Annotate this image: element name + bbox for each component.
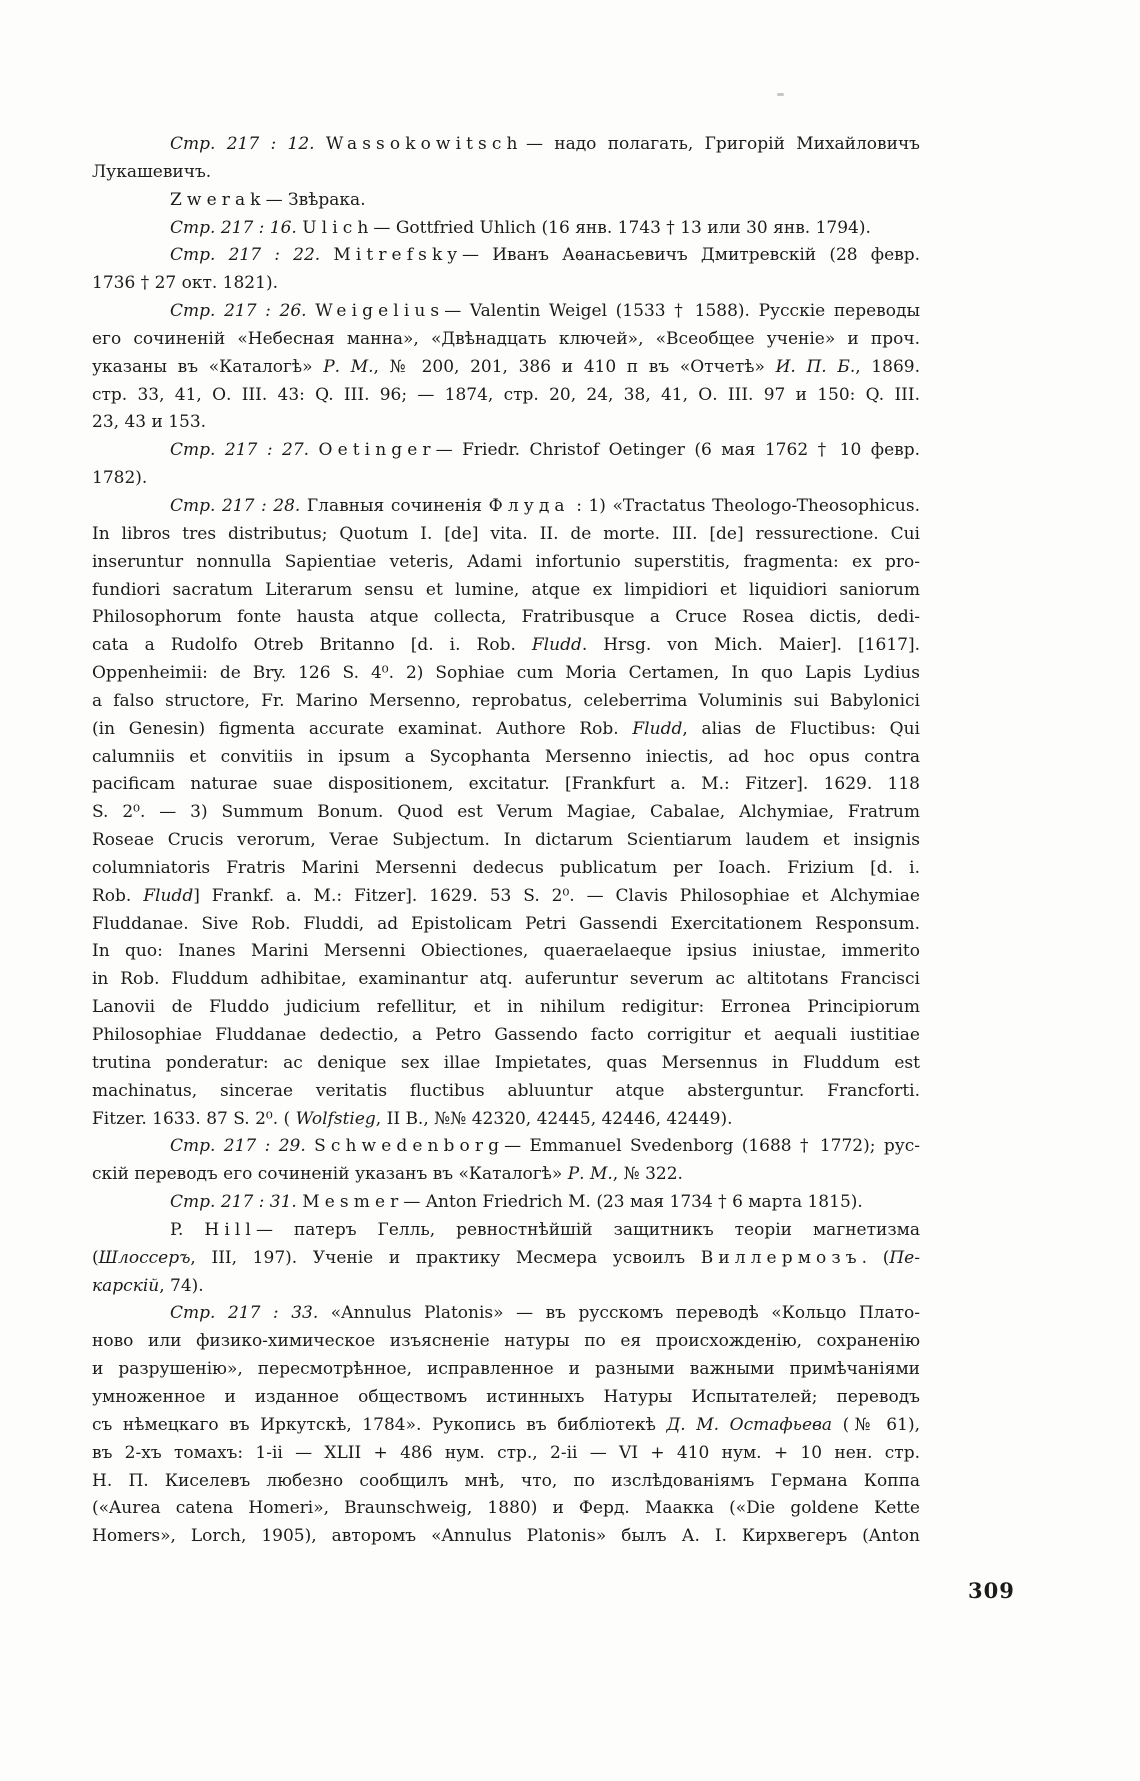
text-line: Стр. 217 : 22. Mitrefsky— Иванъ Аѳанасье… [92,242,920,270]
book-page: Стр. 217 : 12. Wassokowitsch — надо пола… [0,0,1140,1781]
italic-text: Стр. 217 : 27. [170,440,319,460]
text-segment: , № 200, 201, 386 и 410 п въ «Отчетѣ» [374,357,776,377]
italic-text: Fludd [143,886,193,906]
text-segment: Roseae Crucis verorum, Verae Subjectum. … [92,830,920,850]
page-number: 309 [968,1578,1015,1603]
text-line: ново или физико-химическое изъясненіе на… [92,1328,920,1356]
text-segment: — патеръ Гелль, ревностнѣйшій защитникъ … [256,1220,920,1240]
text-segment: — Gottfried Uhlich (16 янв. 1743 † 13 ил… [373,218,870,238]
text-segment: Н. П. Киселевъ любезно сообщилъ мнѣ, что… [92,1471,920,1491]
text-line: Стр. 217 : 31. Mesmer— Anton Friedrich M… [92,1189,920,1217]
text-line: стр. 33, 41, О. III. 43: Q. III. 96; — 1… [92,382,920,410]
text-segment: . Hrsg. von Mich. Maier]. [1617]. [582,635,920,655]
text-line: (in Genesin) figmenta accurate examinat.… [92,716,920,744]
text-segment: — Valentin Weigel (1533 † 1588). Русскіе… [444,301,920,321]
text-segment: , III, 197). Ученіе и практику Месмера у… [190,1248,700,1268]
italic-text: Fludd [632,719,682,739]
italic-text: Стр. 217 : 16. [170,218,302,238]
text-segment: Fitzer. 1633. 87 S. 2⁰. ( [92,1109,296,1129]
text-line: 1782). [92,465,920,493]
text-segment: fundiori sacratum Literarum sensu et lum… [92,580,920,600]
italic-text: Fludd [532,635,582,655]
spaced-name: Mitrefsky [333,245,462,265]
text-segment: — Anton Friedrich M. (23 мая 1734 † 6 ма… [403,1192,862,1212]
text-line: Oppenheimii: de Bry. 126 S. 4⁰. 2) Sophi… [92,660,920,688]
text-segment: inseruntur nonnulla Sapientiae veteris, … [92,552,920,572]
scan-artifact [777,93,784,96]
text-segment: ново или физико-химическое изъясненіе на… [92,1331,920,1351]
text-line: Roseae Crucis verorum, Verae Subjectum. … [92,827,920,855]
text-segment: Oppenheimii: de Bry. 126 S. 4⁰. 2) Sophi… [92,663,920,683]
text-line: S. 2⁰. — 3) Summum Bonum. Quod est Verum… [92,799,920,827]
italic-text: Д. М. Остафьева [666,1415,832,1435]
text-segment: . ( [862,1248,890,1268]
text-segment: ] Frankf. a. M.: Fitzer]. 1629. 53 S. 2⁰… [193,886,920,906]
text-line: pacificam naturae suae dispositionem, ex… [92,771,920,799]
text-line: умноженное и изданное обществомъ истинны… [92,1384,920,1412]
text-line: указаны въ «Каталогѣ» Р. М., № 200, 201,… [92,354,920,382]
text-segment: In quo: Inanes Marini Mersenni Obiection… [92,941,920,961]
italic-text: Шлоссеръ [99,1248,191,1268]
text-line: fundiori sacratum Literarum sensu et lum… [92,577,920,605]
text-segment: («Aurea catena Homeri», Braunschweig, 18… [92,1498,920,1518]
text-segment: — Emmanuel Svedenborg (1688 † 1772); рус… [504,1136,920,1156]
text-line: Лукашевичъ. [92,159,920,187]
spaced-name: Mesmer [302,1192,403,1212]
text-segment: Homers», Lorch, 1905), авторомъ «Annulus… [92,1526,920,1546]
text-line: Стр. 217 : 12. Wassokowitsch — надо пола… [92,131,920,159]
text-segment: (in Genesin) figmenta accurate examinat.… [92,719,632,739]
text-line: скій переводъ его сочиненій указанъ въ «… [92,1161,920,1189]
text-segment: скій переводъ его сочиненій указанъ въ «… [92,1164,568,1184]
text-line: Н. П. Киселевъ любезно сообщилъ мнѣ, что… [92,1468,920,1496]
text-segment: In libros tres distributus; Quotum I. [d… [92,524,920,544]
italic-text: Wolfstieg [296,1109,376,1129]
italic-text: Стр. 217 : 28. [170,496,307,516]
text-segment: Rob. [92,886,143,906]
text-segment: columniatoris Fratris Marini Mersenni de… [92,858,920,878]
text-line: Стр. 217 : 33. «Annulus Platonis» — въ р… [92,1300,920,1328]
text-segment: pacificam naturae suae dispositionem, ex… [92,774,920,794]
text-segment: , № 322. [613,1164,683,1184]
text-segment: — Friedr. Christof Oetinger (6 мая 1762 … [436,440,920,460]
text-segment: , II B., №№ 42320, 42445, 42446, 42449). [376,1109,733,1129]
text-segment: , 1869. [855,357,920,377]
spaced-name: Флуда [489,496,570,516]
text-line: a falso structore, Fr. Marino Mersenno, … [92,688,920,716]
text-line: въ 2-хъ томахъ: 1-ii — XLII + 486 нум. с… [92,1440,920,1468]
text-line: карскій, 74). [92,1273,920,1301]
spaced-name: Ulich [302,218,373,238]
text-segment: S. 2⁰. — 3) Summum Bonum. Quod est Verum… [92,802,920,822]
text-line: calumniis et convitiis in ipsum a Sycoph… [92,744,920,772]
text-segment: Philosophiae Fluddanae dedectio, a Petro… [92,1025,920,1045]
text-line: Стр. 217 : 26. Weigelius— Valentin Weige… [92,298,920,326]
text-line: съ нѣмецкаго въ Иркутскѣ, 1784». Рукопис… [92,1412,920,1440]
text-segment: его сочиненій «Небесная манна», «Двѣнадц… [92,329,920,349]
text-line: Homers», Lorch, 1905), авторомъ «Annulus… [92,1523,920,1551]
text-line: Стр. 217 : 16. Ulich— Gottfried Uhlich (… [92,215,920,243]
text-segment: , 74). [159,1276,203,1296]
text-line: Rob. Fludd] Frankf. a. M.: Fitzer]. 1629… [92,883,920,911]
text-line: Стр. 217 : 27. Oetinger— Friedr. Christo… [92,437,920,465]
italic-text: Стр. 217 : 22. [170,245,333,265]
text-line: Zwerak— Звѣрака. [92,187,920,215]
text-segment: Lanovii de Fluddo judicium refellitur, e… [92,997,920,1017]
italic-text: карскій [92,1276,159,1296]
text-segment: умноженное и изданное обществомъ истинны… [92,1387,920,1407]
text-line: inseruntur nonnulla Sapientiae veteris, … [92,549,920,577]
text-line: и разрушенію», пересмотрѣнное, исправлен… [92,1356,920,1384]
italic-text: Стр. 217 : 29. [170,1136,314,1156]
text-block: Стр. 217 : 12. Wassokowitsch — надо пола… [92,131,920,1551]
text-segment: , alias de Fluctibus: Qui [682,719,920,739]
text-line: его сочиненій «Небесная манна», «Двѣнадц… [92,326,920,354]
text-line: P. Hill— патеръ Гелль, ревностнѣйшій защ… [92,1217,920,1245]
text-line: machinatus, sincerae veritatis fluctibus… [92,1078,920,1106]
italic-text: Стр. 217 : 31. [170,1192,302,1212]
text-segment: въ 2-хъ томахъ: 1-ii — XLII + 486 нум. с… [92,1443,920,1463]
text-segment: съ нѣмецкаго въ Иркутскѣ, 1784». Рукопис… [92,1415,666,1435]
text-segment: — Звѣрака. [266,190,366,210]
text-segment: 23, 43 и 153. [92,412,206,432]
text-segment: 1736 † 27 окт. 1821). [92,273,278,293]
spaced-name: Schwedenborg [314,1136,504,1156]
text-segment: (№ 61), [832,1415,920,1435]
text-segment: : 1) «Tractatus Theologo-Theosophicus. [570,496,920,516]
text-segment: a falso structore, Fr. Marino Mersenno, … [92,691,920,711]
italic-text: Р. М. [323,357,373,377]
text-segment: — Иванъ Аѳанасьевичъ Дмитревскій (28 фев… [462,245,920,265]
text-segment: 1782). [92,468,147,488]
text-segment: «Annulus Platonis» — въ русскомъ перевод… [331,1303,920,1323]
text-line: trutina ponderatur: ac denique sex illae… [92,1050,920,1078]
text-segment: P. [170,1220,204,1240]
text-line: Стр. 217 : 28. Главныя сочиненія Флуда :… [92,493,920,521]
text-line: in Rob. Fluddum adhibitae, examinantur a… [92,966,920,994]
text-segment: — надо полагать, Григорій Михайловичъ [523,134,920,154]
text-segment: in Rob. Fluddum adhibitae, examinantur a… [92,969,920,989]
text-segment: machinatus, sincerae veritatis fluctibus… [92,1081,920,1101]
text-line: cata a Rudolfo Otreb Britanno [d. i. Rob… [92,632,920,660]
spaced-name: Wassokowitsch [326,134,523,154]
italic-text: Р. М. [568,1164,613,1184]
italic-text: Стр. 217 : 33. [170,1303,331,1323]
text-line: Fluddanae. Sive Rob. Fluddi, ad Epistoli… [92,911,920,939]
italic-text: И. П. Б. [776,357,856,377]
text-segment: cata a Rudolfo Otreb Britanno [d. i. Rob… [92,635,532,655]
text-line: Fitzer. 1633. 87 S. 2⁰. ( Wolfstieg, II … [92,1106,920,1134]
spaced-name: Виллермозъ [701,1248,862,1268]
italic-text: Стр. 217 : 12. [170,134,326,154]
text-line: Philosophiae Fluddanae dedectio, a Petro… [92,1022,920,1050]
text-line: Philosophorum fonte hausta atque collect… [92,604,920,632]
text-segment: trutina ponderatur: ac denique sex illae… [92,1053,920,1073]
text-segment: ( [92,1248,99,1268]
text-segment: Fluddanae. Sive Rob. Fluddi, ad Epistoli… [92,914,920,934]
spaced-name: Zwerak [170,190,266,210]
text-segment: указаны въ «Каталогѣ» [92,357,323,377]
text-line: Lanovii de Fluddo judicium refellitur, e… [92,994,920,1022]
text-segment: Лукашевичъ. [92,162,211,182]
text-line: (Шлоссеръ, III, 197). Ученіе и практику … [92,1245,920,1273]
text-segment: и разрушенію», пересмотрѣнное, исправлен… [92,1359,920,1379]
italic-text: Пе- [889,1248,920,1268]
text-segment: calumniis et convitiis in ipsum a Sycoph… [92,747,920,767]
text-segment: стр. 33, 41, О. III. 43: Q. III. 96; — 1… [92,385,920,405]
text-line: columniatoris Fratris Marini Mersenni de… [92,855,920,883]
text-segment: Главныя сочиненія [307,496,489,516]
text-line: («Aurea catena Homeri», Braunschweig, 18… [92,1495,920,1523]
spaced-name: Hill [204,1220,256,1240]
spaced-name: Weigelius [315,301,444,321]
text-line: 1736 † 27 окт. 1821). [92,270,920,298]
text-segment: Philosophorum fonte hausta atque collect… [92,607,920,627]
text-line: Стр. 217 : 29. Schwedenborg— Emmanuel Sv… [92,1133,920,1161]
text-line: In quo: Inanes Marini Mersenni Obiection… [92,938,920,966]
italic-text: Стр. 217 : 26. [170,301,315,321]
text-line: In libros tres distributus; Quotum I. [d… [92,521,920,549]
spaced-name: Oetinger [319,440,436,460]
text-line: 23, 43 и 153. [92,409,920,437]
